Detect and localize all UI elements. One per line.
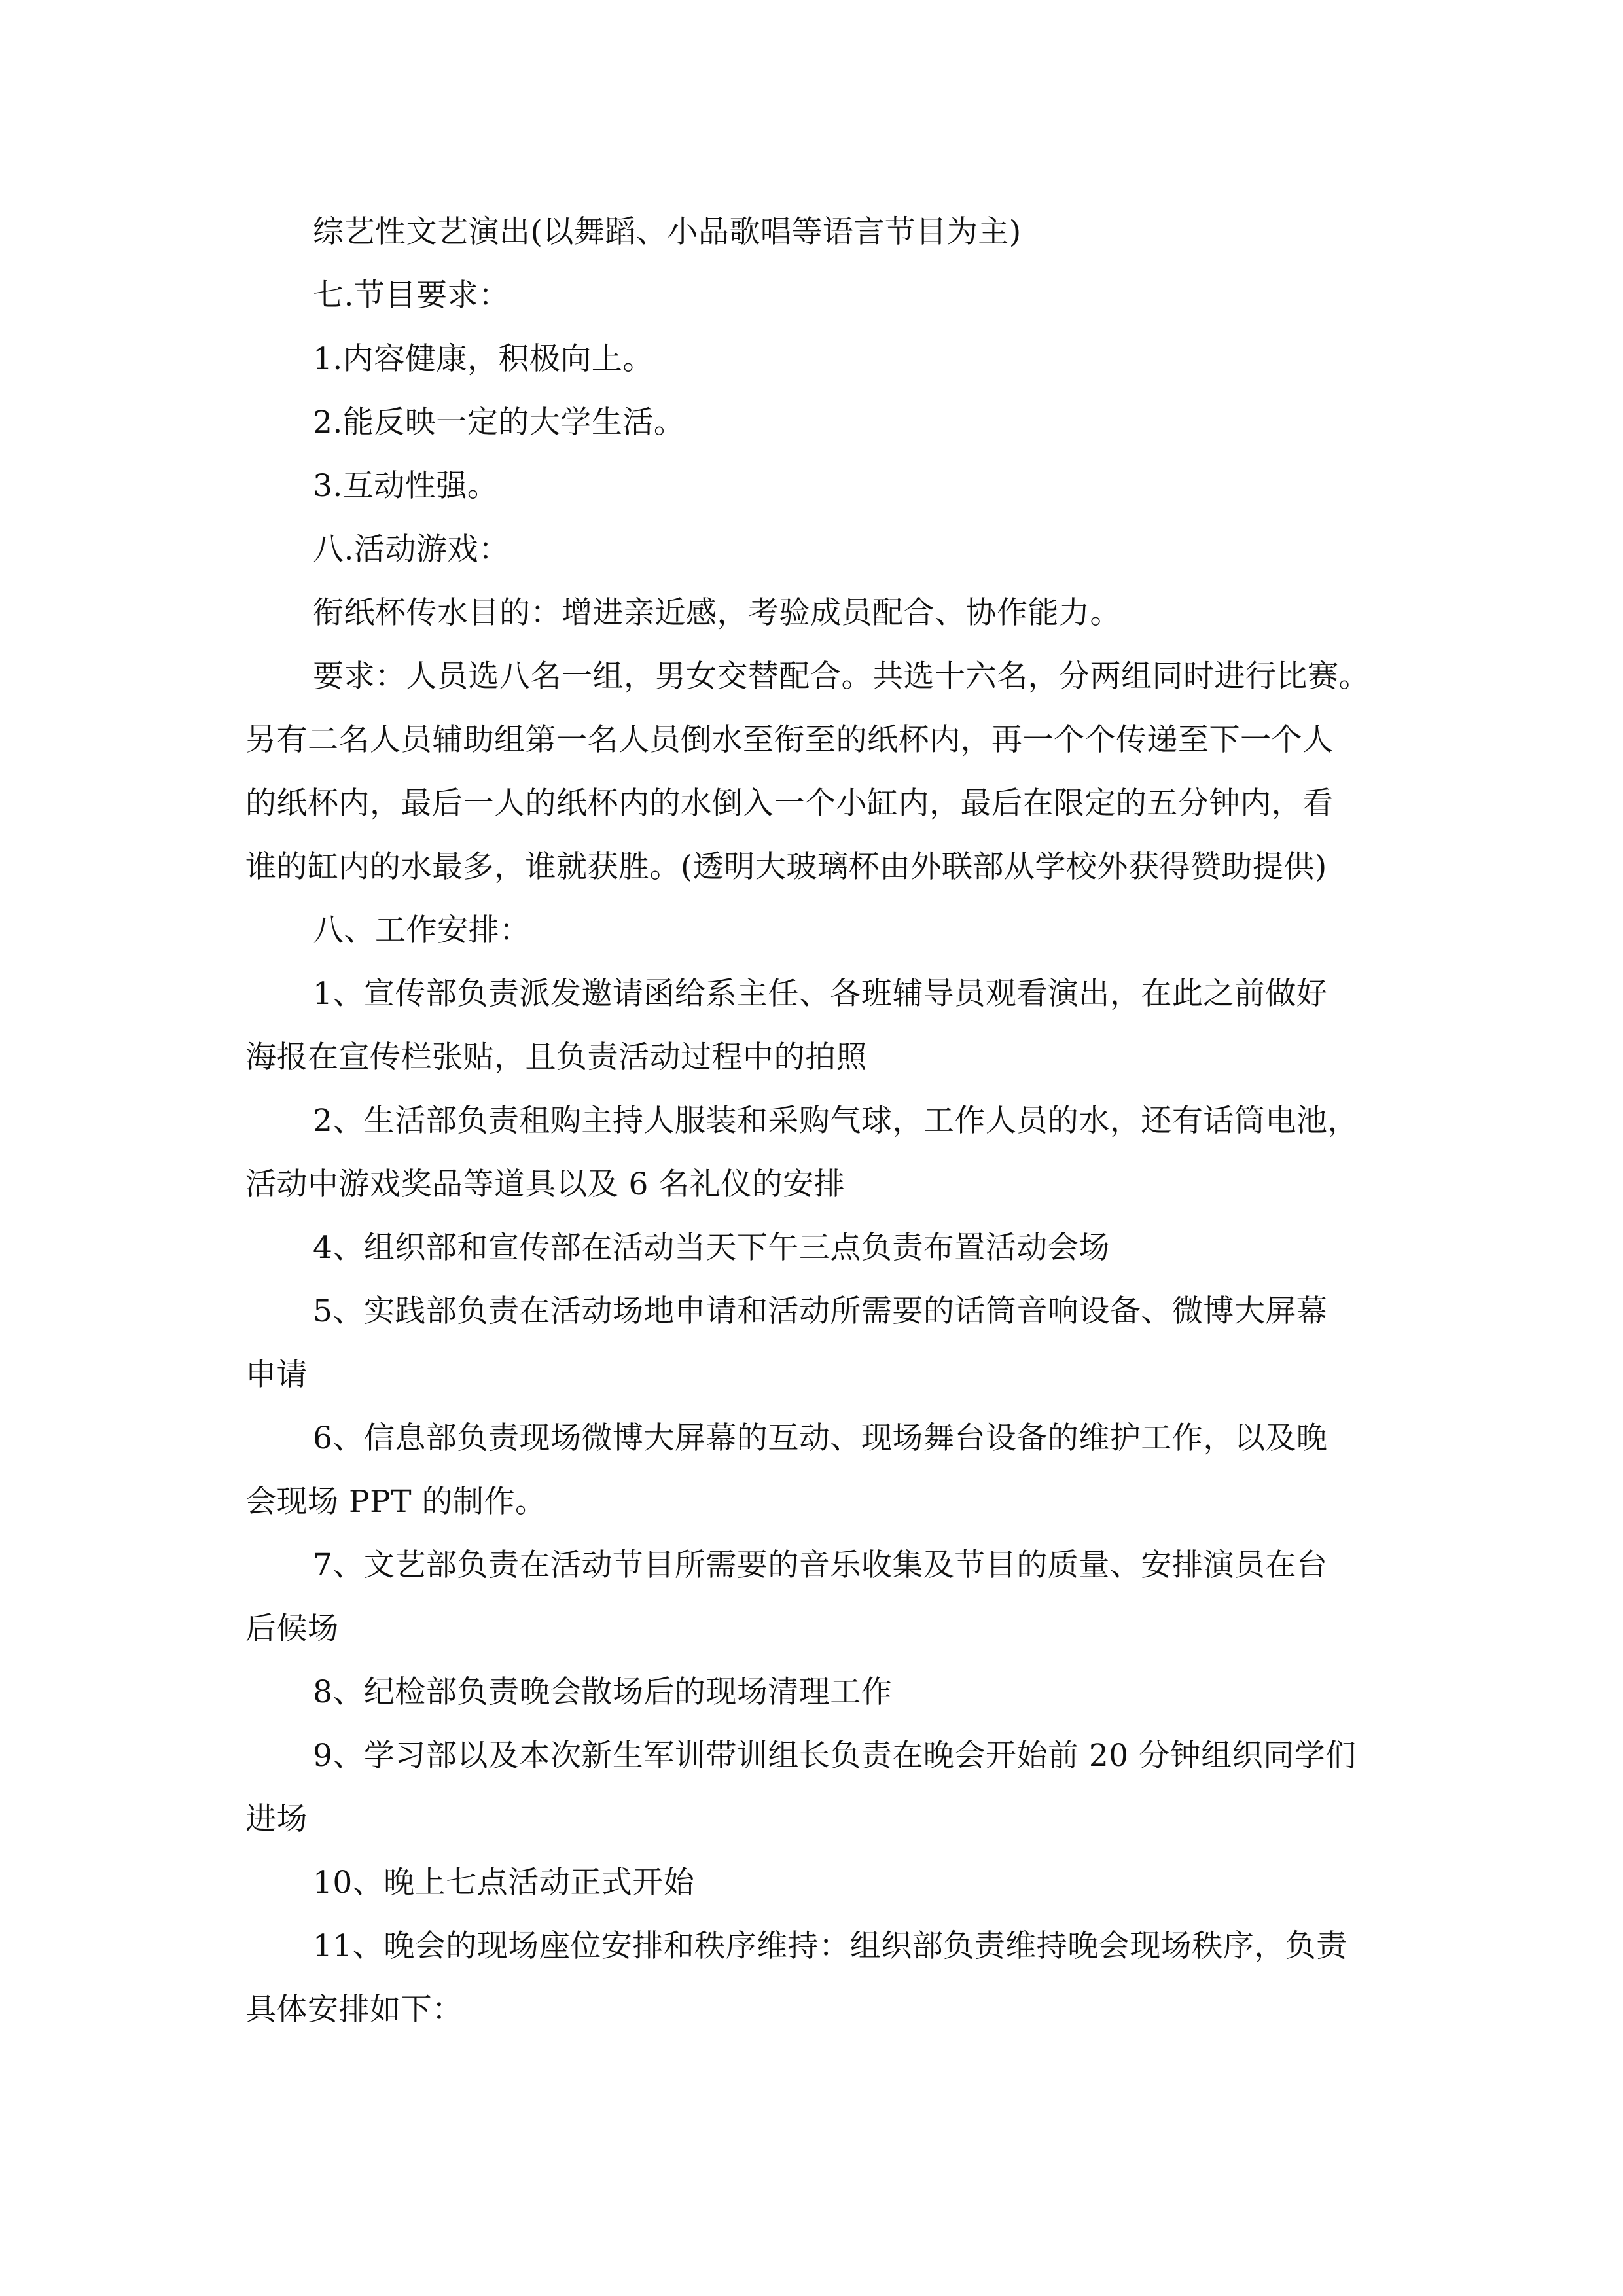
game-rules-line-1: 要求：人员选八名一组，男女交替配合。共选十六名，分两组同时进行比赛。 [245,645,1391,708]
section-heading-work-arrangement: 八、工作安排： [245,899,1391,962]
requirement-item-2: 2.能反映一定的大学生活。 [245,391,1391,454]
section-heading-activity-game: 八.活动游戏： [245,518,1391,581]
work-item-4: 4、组织部和宣传部在活动当天下午三点负责布置活动会场 [245,1216,1391,1280]
work-item-9-line-2: 进场 [245,1787,1391,1851]
work-item-11-line-1: 11、晚会的现场座位安排和秩序维持：组织部负责维持晚会现场秩序，负责 [245,1914,1391,1978]
work-item-11-line-2: 具体安排如下： [245,1978,1391,2041]
work-item-1-line-1: 1、宣传部负责派发邀请函给系主任、各班辅导员观看演出，在此之前做好 [245,962,1391,1026]
work-item-2-line-1: 2、生活部负责租购主持人服装和采购气球，工作人员的水，还有话筒电池， [245,1089,1391,1153]
section-heading-program-requirements: 七.节目要求： [245,264,1391,327]
work-item-5-line-1: 5、实践部负责在活动场地申请和活动所需要的话筒音响设备、微博大屏幕 [245,1280,1391,1343]
requirement-item-1: 1.内容健康，积极向上。 [245,327,1391,391]
work-item-8: 8、纪检部负责晚会散场后的现场清理工作 [245,1660,1391,1724]
work-item-9-line-1: 9、学习部以及本次新生军训带训组长负责在晚会开始前 20 分钟组织同学们 [245,1724,1391,1787]
game-purpose-line: 衔纸杯传水目的：增进亲近感，考验成员配合、协作能力。 [245,581,1391,645]
document-page: 综艺性文艺演出(以舞蹈、小品歌唱等语言节目为主) 七.节目要求： 1.内容健康，… [245,200,1391,2041]
work-item-6-line-1: 6、信息部负责现场微博大屏幕的互动、现场舞台设备的维护工作，以及晚 [245,1407,1391,1470]
work-item-7-line-2: 后候场 [245,1597,1391,1660]
work-item-2-line-2: 活动中游戏奖品等道具以及 6 名礼仪的安排 [245,1153,1391,1216]
work-item-7-line-1: 7、文艺部负责在活动节目所需要的音乐收集及节目的质量、安排演员在台 [245,1534,1391,1597]
work-item-10: 10、晚上七点活动正式开始 [245,1851,1391,1914]
game-rules-line-3: 的纸杯内，最后一人的纸杯内的水倒入一个小缸内，最后在限定的五分钟内，看 [245,772,1391,835]
game-rules-line-2: 另有二名人员辅助组第一名人员倒水至衔至的纸杯内，再一个个传递至下一个人 [245,708,1391,772]
work-item-5-line-2: 申请 [245,1343,1391,1407]
game-rules-line-4: 谁的缸内的水最多，谁就获胜。(透明大玻璃杯由外联部从学校外获得赞助提供) [245,835,1391,899]
requirement-item-3: 3.互动性强。 [245,454,1391,518]
work-item-6-line-2: 会现场 PPT 的制作。 [245,1470,1391,1534]
work-item-1-line-2: 海报在宣传栏张贴，且负责活动过程中的拍照 [245,1026,1391,1089]
program-type-line: 综艺性文艺演出(以舞蹈、小品歌唱等语言节目为主) [245,200,1391,264]
